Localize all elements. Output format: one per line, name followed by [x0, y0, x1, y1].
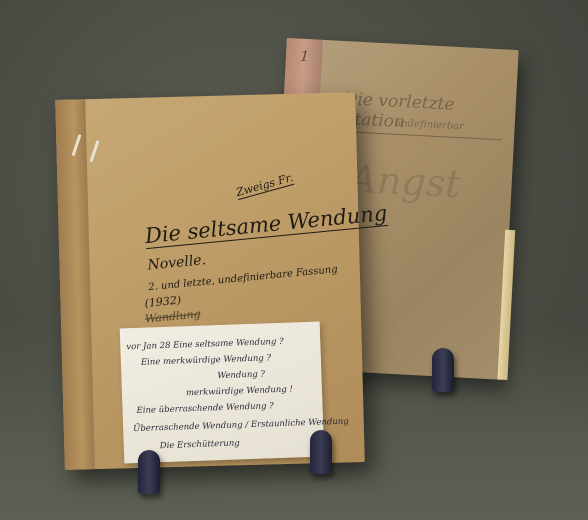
- slip-line: Eine merkwürdige Wendung ?: [141, 353, 271, 368]
- back-notebook-number: 1: [300, 49, 310, 65]
- front-stand-right: [310, 430, 332, 474]
- back-notebook-scribble: Angst: [349, 157, 462, 207]
- front-notebook-genre: Novelle.: [147, 252, 207, 274]
- front-notebook-author-note: Zweigs Fr.: [235, 171, 295, 200]
- slip-line: Die Erschütterung: [160, 438, 240, 451]
- slip-line: vor Jan 28 Eine seltsame Wendung ?: [126, 337, 284, 352]
- back-stand-right: [432, 348, 454, 392]
- front-notebook-year: (1932): [144, 294, 182, 310]
- slip-line: Eine überraschende Wendung ?: [136, 401, 273, 416]
- slip-line: merkwürdige Wendung !: [186, 385, 293, 399]
- front-stand-left: [138, 450, 160, 494]
- front-notebook-struck-text: Wandlung: [144, 307, 201, 325]
- paper-slip: vor Jan 28 Eine seltsame Wendung ? Eine …: [120, 322, 325, 464]
- back-notebook-title: Die vorletzte Station: [342, 89, 504, 140]
- front-notebook-title: Die seltsame Wendung: [144, 201, 388, 249]
- slip-line: Wendung ?: [217, 369, 265, 381]
